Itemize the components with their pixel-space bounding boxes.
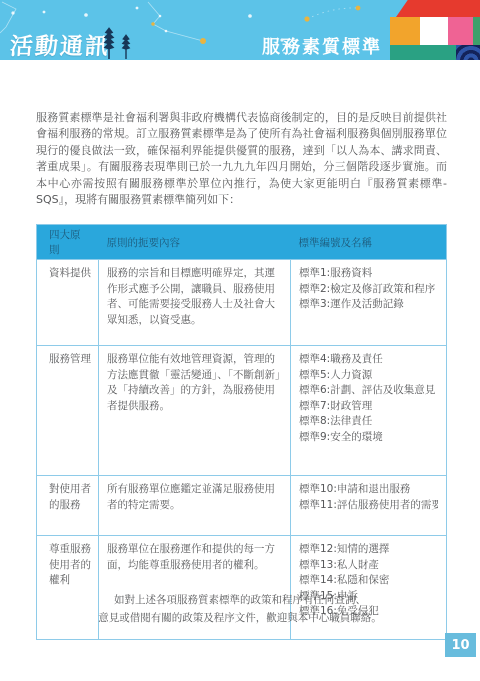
table-row: 資料提供 服務的宗旨和目標應明確界定，其運作形式應予公開，讓職員、服務使用者、可… (37, 260, 447, 346)
white-block (420, 17, 448, 45)
table-row: 服務管理 服務單位能有效地管理資源，管理的方法應貫徹「靈活變通」、「不斷創新」及… (37, 346, 447, 476)
newsletter-page: 活動通訊 服務素質標準 服務質素標準是社 (0, 0, 480, 681)
wheat-stalks-icon (99, 26, 135, 60)
footer-line-1: 如對上述各項服務質素標準的政策和程序有任何查詢、 (0, 592, 480, 610)
standard-item: 標準11:評估服務使用者的需要 (299, 498, 438, 514)
table-row: 對使用者的服務 所有服務單位應鑑定並滿足服務使用者的特定需要。 標準10:申請和… (37, 476, 447, 536)
standard-item: 標準3:運作及活動記錄 (299, 297, 438, 313)
standard-item: 標準1:服務資料 (299, 266, 438, 282)
orange-block (390, 17, 420, 45)
principle-cell: 資料提供 (37, 260, 99, 346)
standard-item: 標準8:法律責任 (299, 414, 438, 430)
teal-block (390, 45, 456, 60)
standard-item: 標準6:計劃、評估及收集意見 (299, 383, 438, 399)
standard-item: 標準9:安全的環境 (299, 430, 438, 446)
summary-cell: 服務單位能有效地管理資源，管理的方法應貫徹「靈活變通」、「不斷創新」及「持續改善… (99, 346, 291, 476)
standard-item: 標準7:財政管理 (299, 399, 438, 415)
header-summary: 原則的扼要內容 (99, 225, 291, 260)
standards-cell: 標準1:服務資料標準2:檢定及修訂政策和程序標準3:運作及活動記錄 (291, 260, 447, 346)
pink-block (448, 17, 473, 45)
footer-line-2: 意見或借閱有關的政策及程序文件，歡迎與本中心職員聯絡。 (0, 610, 480, 628)
newsletter-brand-title: 活動通訊 (9, 28, 111, 60)
page-header-banner: 活動通訊 服務素質標準 (0, 0, 480, 60)
standards-cell: 標準4:職務及責任標準5:人力資源標準6:計劃、評估及收集意見標準7:財政管理標… (291, 346, 447, 476)
standard-item: 標準2:檢定及修訂政策和程序 (299, 282, 438, 298)
standard-item: 標準12:知情的選擇 (299, 542, 438, 558)
color-blocks-decoration (388, 0, 480, 60)
summary-cell: 所有服務單位應鑑定並滿足服務使用者的特定需要。 (99, 476, 291, 536)
page-number-badge: 10 (445, 633, 476, 657)
header-standard-names: 標準編號及名稱 (291, 225, 447, 260)
table-header-row: 四大原則 原則的扼要內容 標準編號及名稱 (37, 225, 447, 260)
intro-paragraph: 服務質素標準是社會福利署與非政府機構代表協商後制定的，目的是反映目前提供社會福利… (36, 110, 447, 208)
sqs-standards-table: 四大原則 原則的扼要內容 標準編號及名稱 資料提供 服務的宗旨和目標應明確界定，… (36, 224, 447, 640)
standard-item: 標準13:私人財產 (299, 558, 438, 574)
header-principles: 四大原則 (37, 225, 99, 260)
standards-cell: 標準10:申請和退出服務標準11:評估服務使用者的需要 (291, 476, 447, 536)
standard-item: 標準4:職務及責任 (299, 352, 438, 368)
principle-cell: 服務管理 (37, 346, 99, 476)
page-section-title: 服務素質標準 (262, 33, 382, 59)
standard-item: 標準10:申請和退出服務 (299, 482, 438, 498)
standard-item: 標準14:私隱和保密 (299, 573, 438, 589)
principle-cell: 對使用者的服務 (37, 476, 99, 536)
footer-note: 如對上述各項服務質素標準的政策和程序有任何查詢、 意見或借閱有關的政策及程序文件… (0, 592, 480, 627)
red-block (396, 0, 480, 17)
green-block (473, 17, 480, 45)
standard-item: 標準5:人力資源 (299, 368, 438, 384)
summary-cell: 服務的宗旨和目標應明確界定，其運作形式應予公開，讓職員、服務使用者、可能需要接受… (99, 260, 291, 346)
